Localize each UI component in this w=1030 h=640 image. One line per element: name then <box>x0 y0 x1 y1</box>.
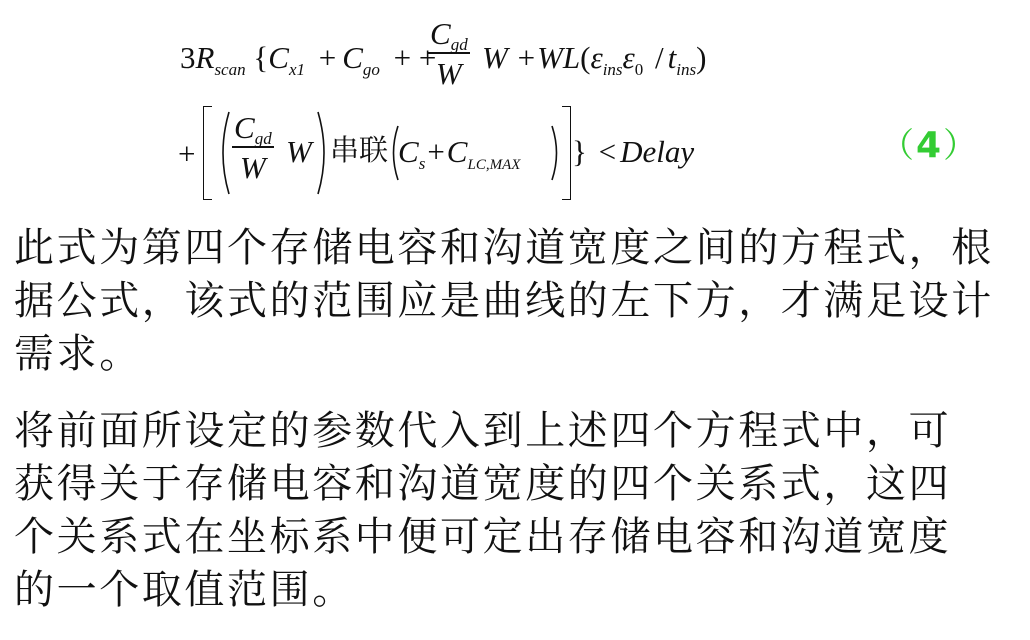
fraction-denominator: W <box>238 152 268 183</box>
width-symbol: W <box>286 134 312 169</box>
cap-storage-subscript: s <box>419 154 426 173</box>
cap-storage: C <box>398 134 419 169</box>
left-square-bracket <box>203 106 212 200</box>
equation-number-open: （ <box>880 126 916 166</box>
less-than-sign: < <box>599 134 616 169</box>
cap-x1-subscript: x1 <box>289 60 305 79</box>
equation-number-close: ） <box>943 126 979 166</box>
thickness-subscript: ins <box>676 60 696 79</box>
fraction-denominator: W <box>434 58 464 89</box>
plus-sign: + <box>178 136 195 171</box>
cap-go: C <box>342 40 363 75</box>
open-brace: { <box>253 40 268 75</box>
plus-sign: + <box>518 40 535 75</box>
paragraph-line: 需求。 <box>14 328 1024 381</box>
paragraph-line: 将前面所设定的参数代入到上述四个方程式中，可 <box>14 405 1024 458</box>
cap-x1: C <box>268 40 289 75</box>
width-symbol: W <box>482 40 508 75</box>
epsilon-zero-subscript: 0 <box>635 60 644 79</box>
series-label: 串联 <box>330 133 388 167</box>
fraction-numerator: C <box>430 16 451 51</box>
formula-line1-right: W +WL(εinsε0 /tins) <box>482 42 706 73</box>
cap-lc: C <box>447 134 468 169</box>
paragraph-explanation: 此式为第四个存储电容和沟道宽度之间的方程式，根 据公式，该式的范围应是曲线的左下… <box>14 222 1024 381</box>
epsilon-zero: ε <box>623 40 635 75</box>
divide-slash: / <box>655 40 664 75</box>
wl-symbol: WL <box>537 40 580 75</box>
formula-line2-plus: + <box>178 138 195 169</box>
paragraph-line: 据公式，该式的范围应是曲线的左下方，才满足设计 <box>14 275 1024 328</box>
open-paren: ( <box>580 40 590 75</box>
paragraph-line: 此式为第四个存储电容和沟道宽度之间的方程式，根 <box>14 222 1024 275</box>
left-big-paren-icon <box>215 110 231 196</box>
resistance-symbol: R <box>196 40 215 75</box>
right-square-bracket <box>562 106 571 200</box>
thickness-symbol: t <box>668 40 677 75</box>
epsilon-ins: ε <box>590 40 602 75</box>
close-brace: } <box>572 134 587 169</box>
formula-line1-fraction: Cgd W <box>428 18 470 89</box>
formula-line2-w: W <box>286 136 312 167</box>
epsilon-ins-subscript: ins <box>603 60 623 79</box>
paragraph-line: 获得关于存储电容和沟道宽度的四个关系式，这四 <box>14 458 1024 511</box>
fraction-numerator-subscript: gd <box>451 35 468 54</box>
formula-line2-tail: } <Delay <box>572 136 694 167</box>
equation-number: （4） <box>880 118 979 167</box>
formula-line2-series: 串联 <box>330 136 388 165</box>
cap-go-subscript: go <box>363 60 380 79</box>
coefficient: 3 <box>180 40 196 75</box>
fraction-numerator-subscript: gd <box>255 129 272 148</box>
paragraph-line: 个关系式在坐标系中便可定出存储电容和沟道宽度 <box>14 511 1024 564</box>
paragraph-line: 的一个取值范围。 <box>14 564 1024 617</box>
resistance-subscript: scan <box>214 60 245 79</box>
formula-line2-capsum: Cs+CLC,MAX <box>398 136 520 167</box>
plus-sign: + <box>319 40 336 75</box>
fraction-numerator: C <box>234 110 255 145</box>
formula-line2-fraction: Cgd W <box>232 112 274 183</box>
close-paren: ) <box>696 40 706 75</box>
cap-lc-subscript: LC,MAX <box>467 157 520 173</box>
plus-sign: + <box>427 134 444 169</box>
equation-number-value: 4 <box>916 125 943 166</box>
formula-line1-left: 3Rscan {Cx1 +Cgo + + <box>180 42 436 73</box>
inner-right-paren-icon <box>550 124 562 182</box>
paragraph-conclusion: 将前面所设定的参数代入到上述四个方程式中，可 获得关于存储电容和沟道宽度的四个关… <box>14 405 1024 617</box>
delay-symbol: Delay <box>620 134 694 169</box>
